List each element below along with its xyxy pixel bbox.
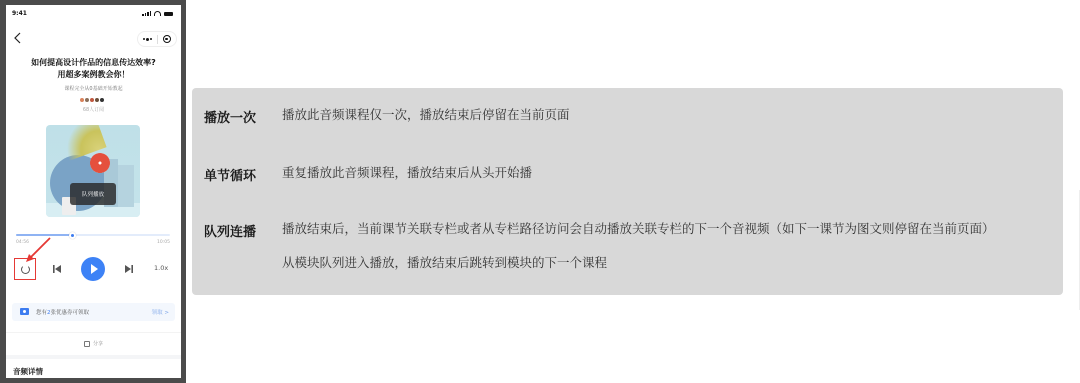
coupon-suffix: 张优惠券可领取 [51,310,90,316]
section-divider [6,355,181,359]
mode-name: 播放一次 [204,107,256,126]
status-icons [142,11,173,16]
back-icon[interactable] [12,31,24,45]
previous-icon[interactable] [52,264,62,274]
avatar [99,97,105,103]
mode-description: 播放此音频课程仅一次，播放结束后停留在当前页面 [282,108,570,122]
progress-fill [16,234,73,236]
share-button[interactable]: 分享 [6,340,181,347]
phone-frame: 9:41 如何提高设计作品的信息传达效率? 用超多案例教会你！ 课程完全从0基础… [0,0,186,383]
divider [6,332,181,333]
cover-grapefruit [90,153,110,173]
subscriber-count: 68人订阅 [6,106,181,113]
status-bar: 9:41 [6,5,181,23]
queue-play-toast: 队列播放 [70,183,116,205]
progress-bar[interactable] [16,234,170,236]
current-time: 04:56 [16,240,29,245]
wifi-icon [154,11,161,16]
ticket-icon [20,308,29,315]
next-icon[interactable] [124,264,134,274]
loop-icon [21,265,30,274]
more-icon[interactable] [138,38,157,41]
play-button[interactable] [81,257,105,281]
progress-knob[interactable] [69,232,76,239]
coupon-text: 您有2张优惠券可领取 [36,308,89,316]
share-label: 分享 [93,340,103,347]
share-icon [84,341,90,347]
battery-icon [164,12,173,16]
mode-description: 播放结束后，当前课节关联专栏或者从专栏路径访问会自动播放关联专栏的下一个音视频（… [282,222,995,236]
mode-name: 队列连播 [204,221,256,240]
audio-detail-title: 音频详情 [13,366,43,377]
coupon-prefix: 您有 [36,310,47,316]
mode-name: 单节循环 [204,165,256,184]
coupon-banner[interactable]: 您有2张优惠券可领取 领取 > [12,303,175,321]
course-subtitle: 课程完全从0基础开始教起 [6,85,181,92]
play-mode-explanation-panel: 播放一次 播放此音频课程仅一次，播放结束后停留在当前页面 单节循环 重复播放此音… [192,88,1063,295]
play-icon [91,264,98,274]
mode-description-line2: 从模块队列进入播放，播放结束后跳转到模块的下一个课程 [282,253,607,271]
subscriber-avatars [80,97,105,103]
close-miniprogram-icon[interactable] [158,35,177,43]
nav-bar [6,27,181,49]
miniprogram-capsule [137,31,177,47]
course-title: 如何提高设计作品的信息传达效率? 用超多案例教会你！ [6,57,181,81]
course-title-line2: 用超多案例教会你！ [6,69,181,81]
course-title-line1: 如何提高设计作品的信息传达效率? [6,57,181,69]
claim-coupon-link[interactable]: 领取 > [152,308,169,316]
player-controls: 1.0x [6,255,181,281]
phone-screen: 9:41 如何提高设计作品的信息传达效率? 用超多案例教会你！ 课程完全从0基础… [6,5,181,378]
speed-button[interactable]: 1.0x [154,264,168,272]
signal-icon [142,11,151,16]
course-cover-image: 队列播放 [46,125,140,217]
play-mode-button[interactable] [14,258,36,280]
mode-description: 重复播放此音频课程，播放结束后从头开始播 [282,166,532,180]
status-time: 9:41 [12,10,27,17]
total-time: 10:05 [157,240,170,245]
